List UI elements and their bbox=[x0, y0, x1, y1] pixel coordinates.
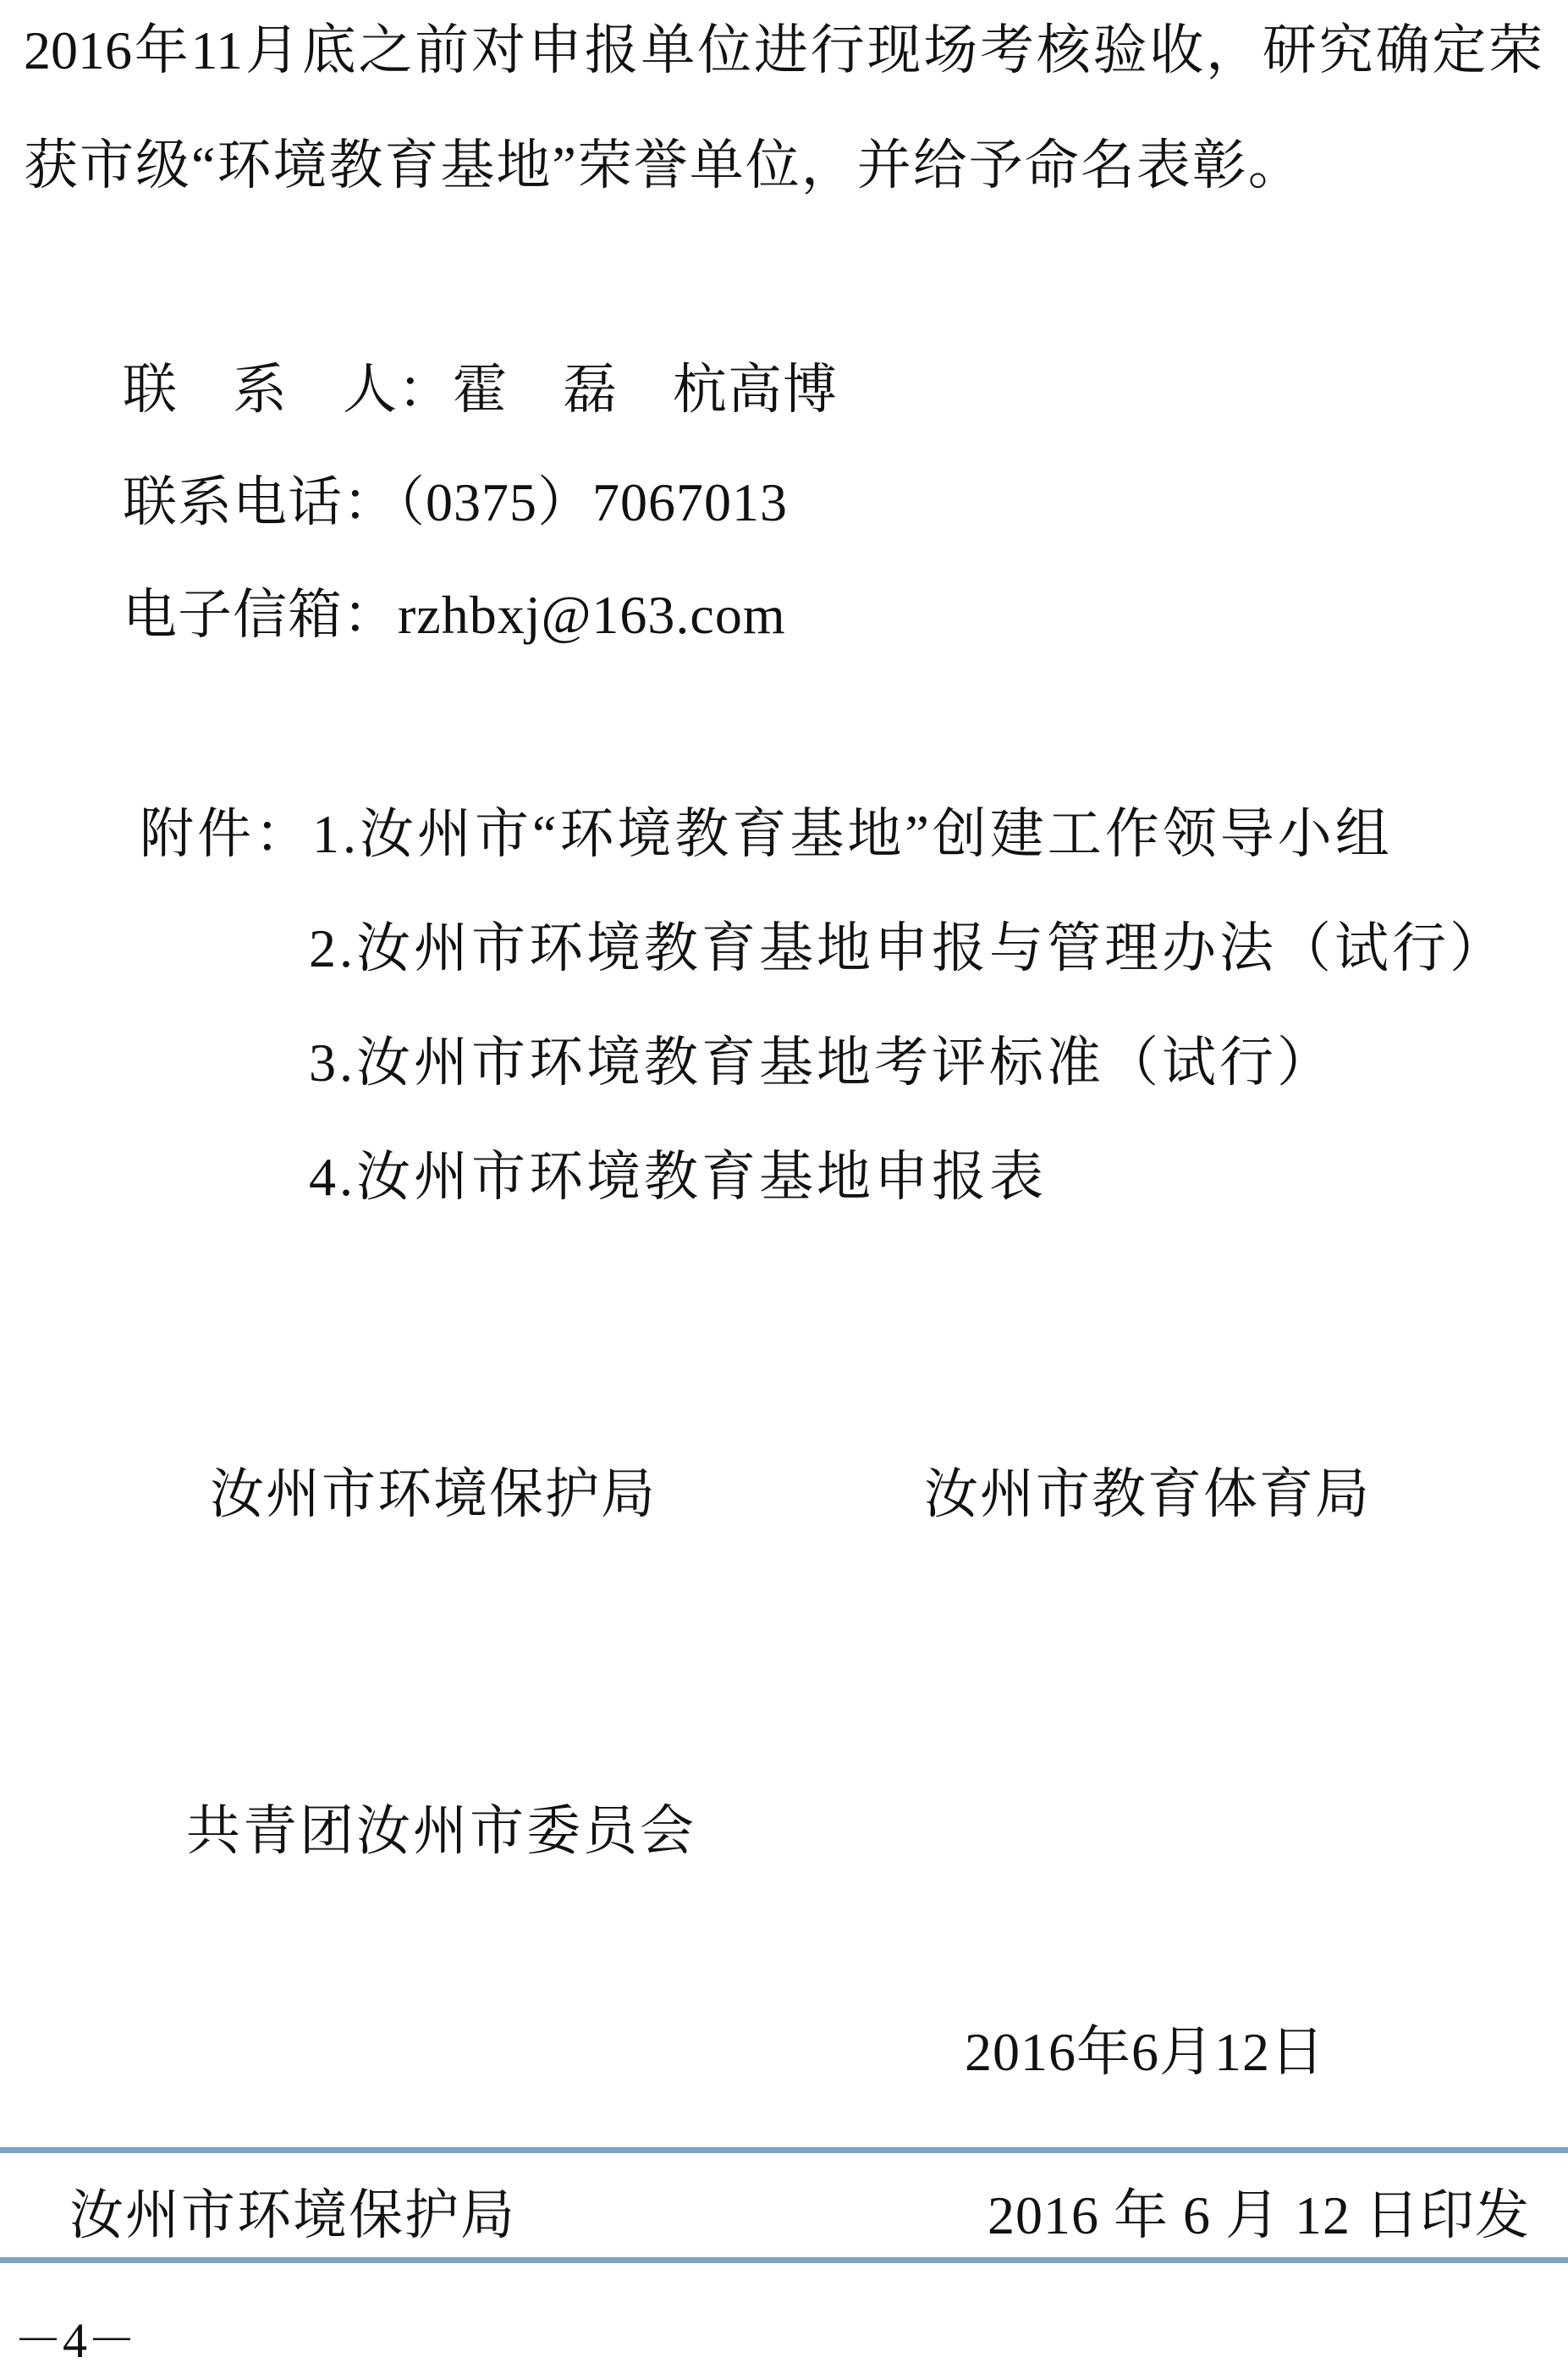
body-paragraph-line-2: 获市级“环境教育基地”荣誉单位，并给予命名表彰。 bbox=[24, 134, 1304, 198]
attachment-item-4: 4.汝州市环境教育基地申报表 bbox=[309, 1145, 1047, 1209]
attachment-item-3: 3.汝州市环境教育基地考评标准（试行） bbox=[309, 1031, 1334, 1095]
attachment-item-1: 1.汝州市“环境教育基地”创建工作领导小组 bbox=[312, 804, 1393, 864]
footer-rule-top bbox=[0, 2147, 1568, 2153]
page-number: －4－ bbox=[14, 2312, 136, 2370]
document-page: { "document": { "paragraph_lines": [ "20… bbox=[0, 0, 1568, 2374]
attachments-label: 附件： bbox=[140, 804, 312, 864]
signature-environmental-bureau: 汝州市环境保护局 bbox=[210, 1462, 657, 1527]
attachment-item-2: 2.汝州市环境教育基地申报与管理办法（试行） bbox=[309, 917, 1507, 981]
contact-phone-line: 联系电话：（0375）7067013 bbox=[123, 471, 788, 535]
contact-email-line: 电子信箱：rzhbxj@163.com bbox=[123, 583, 786, 647]
signature-youth-league-committee: 共青团汝州市委员会 bbox=[186, 1799, 696, 1864]
issue-date: 2016年6月12日 bbox=[965, 2020, 1325, 2085]
signature-education-sports-bureau: 汝州市教育体育局 bbox=[924, 1462, 1371, 1527]
body-paragraph-line-1: 2016年11月底之前对申报单位进行现场考核验收，研究确定荣 bbox=[24, 19, 1543, 83]
footer-issuer: 汝州市环境保护局 bbox=[69, 2184, 516, 2248]
footer-rule-bottom bbox=[0, 2257, 1568, 2263]
footer-print-date: 2016 年 6 月 12 日印发 bbox=[988, 2184, 1530, 2248]
contact-person-line: 联 系 人：霍 磊 杭高博 bbox=[123, 358, 838, 422]
attachments-line-1: 附件：1.汝州市“环境教育基地”创建工作领导小组 bbox=[140, 802, 1393, 867]
